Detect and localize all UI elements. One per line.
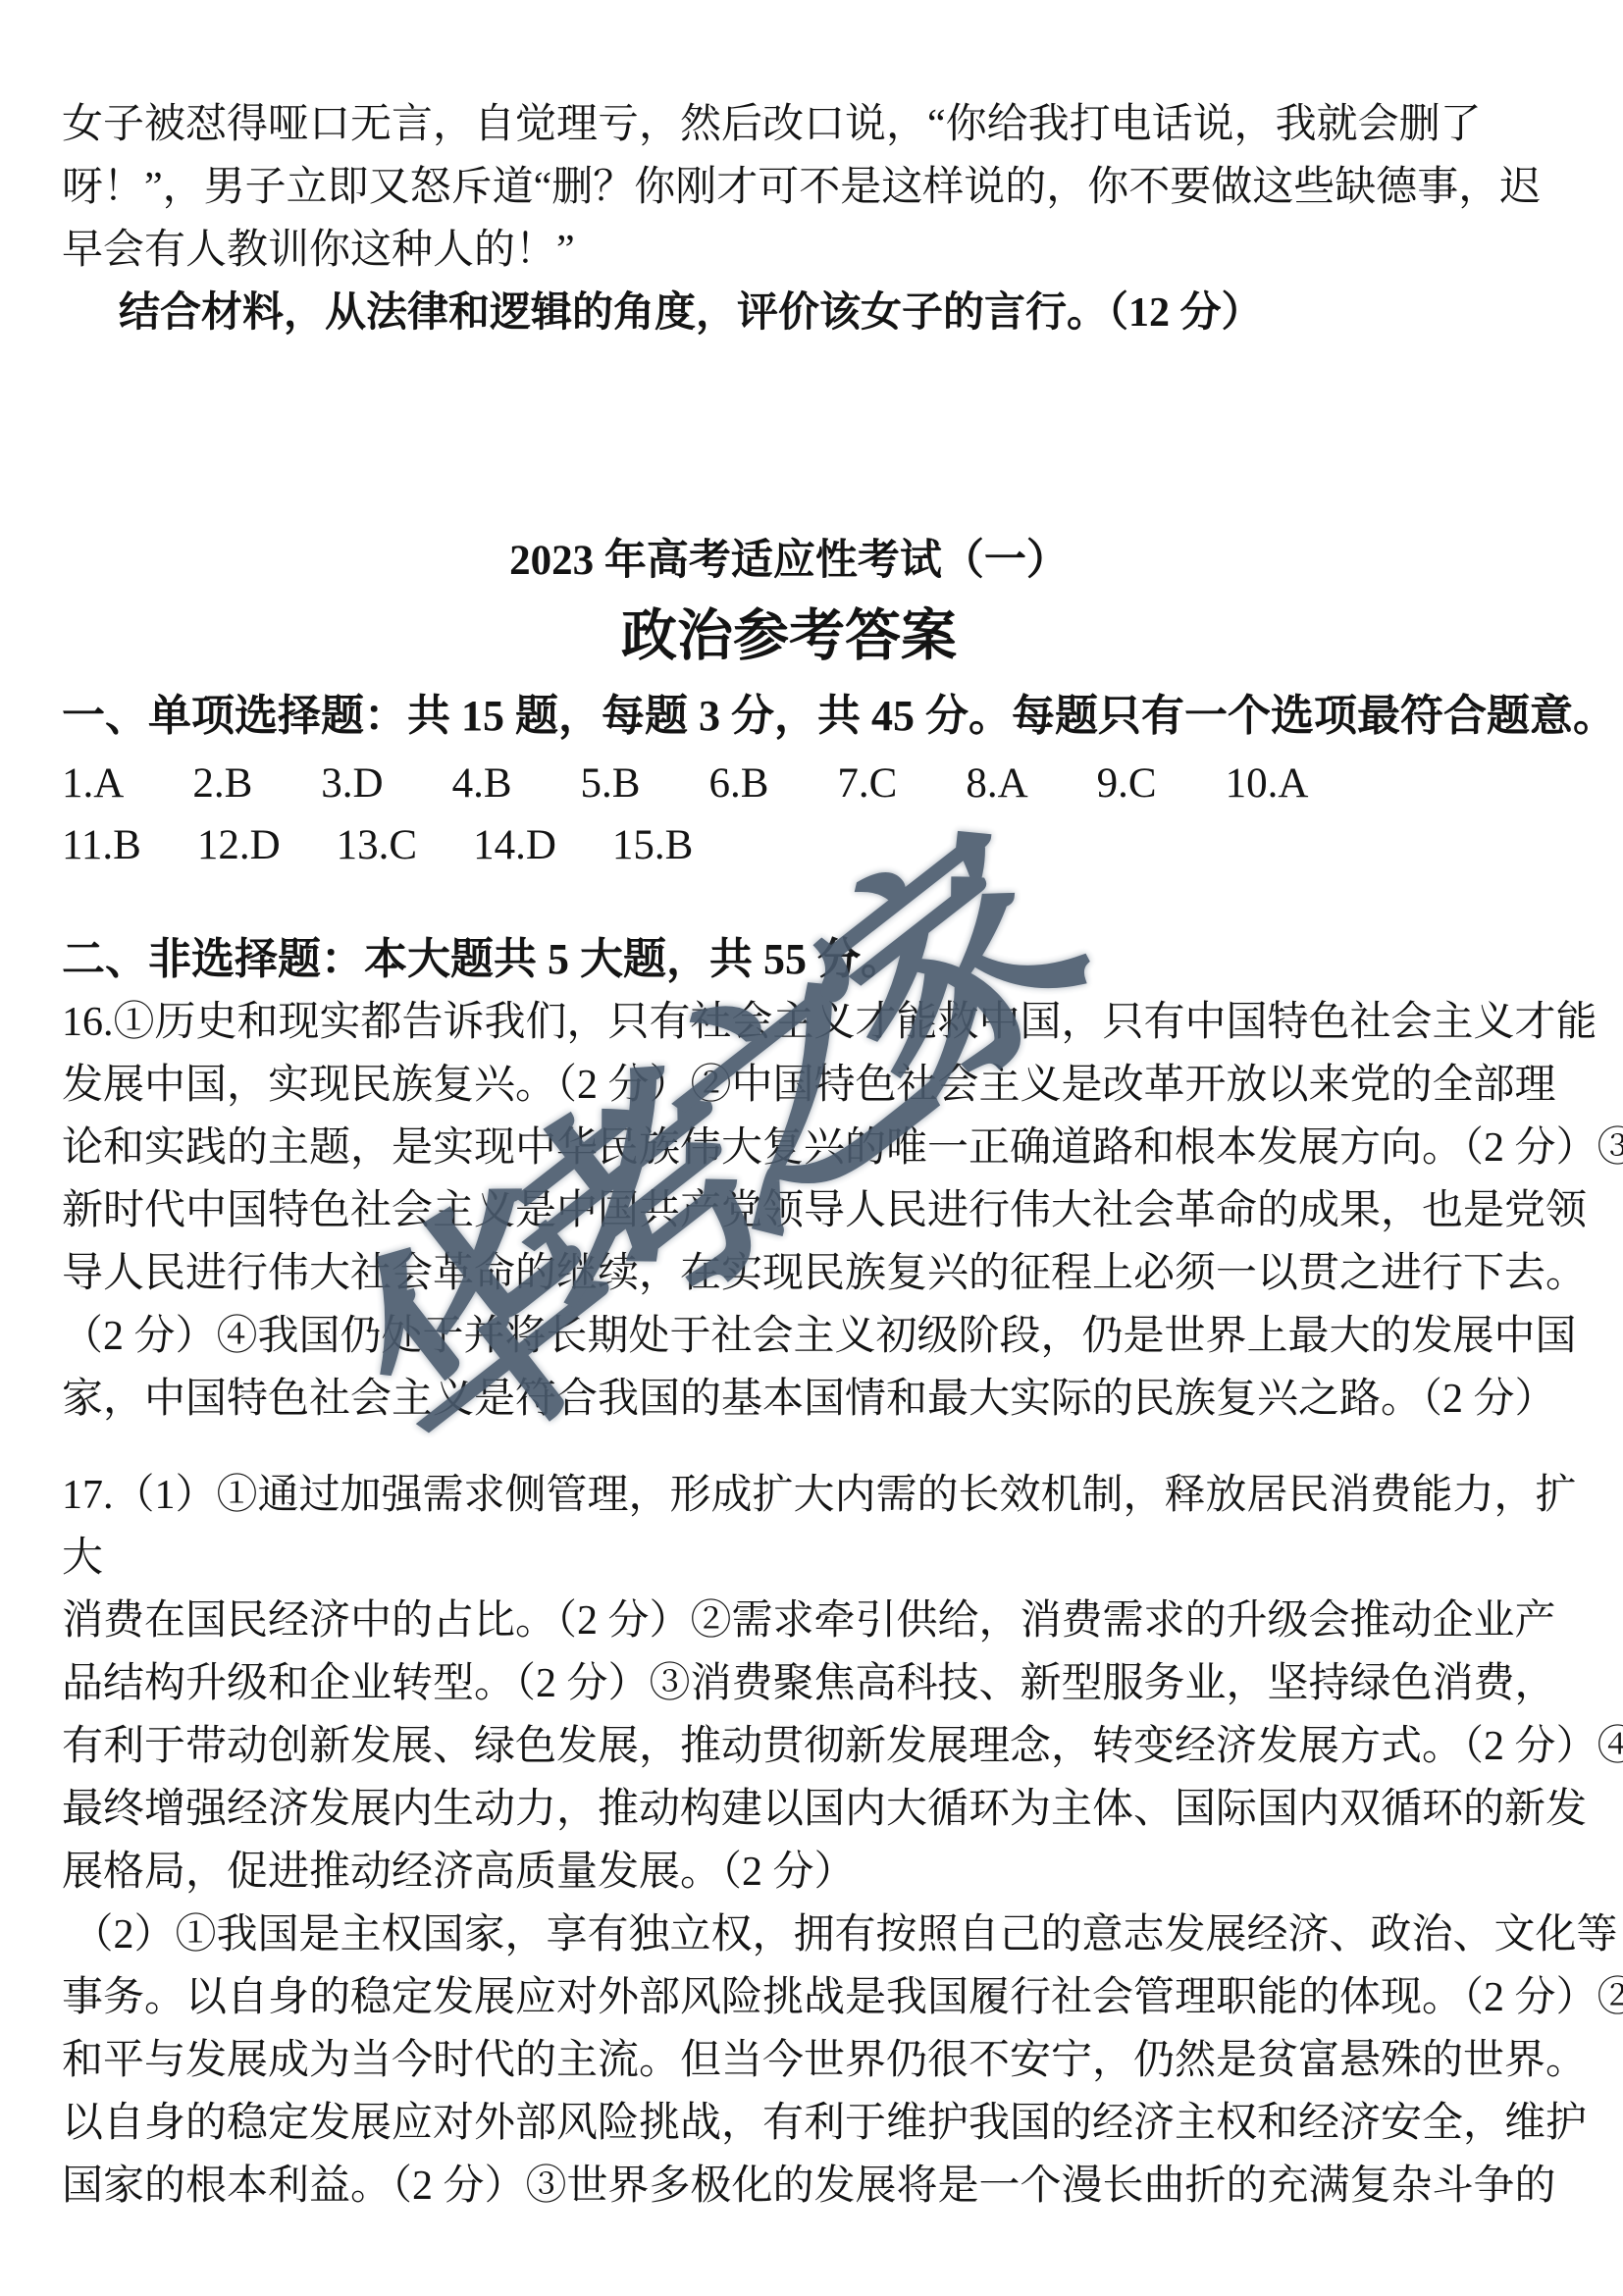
answer-item: 14.D bbox=[473, 822, 556, 869]
title-block: 2023 年高考适应性考试（一） 政治参考答案 bbox=[62, 530, 1516, 677]
answer-line: 国家的根本利益。（2 分）③世界多极化的发展将是一个漫长曲折的充满复杂斗争的 bbox=[62, 2155, 1563, 2218]
answer-line: 有利于带动创新发展、绿色发展，推动贯彻新发展理念，转变经济发展方式。（2 分）④ bbox=[62, 1715, 1563, 1778]
q17-answer-paragraph: 17.（1）①通过加强需求侧管理，形成扩大内需的长效机制，释放居民消费能力，扩大… bbox=[62, 1464, 1563, 2218]
answer-item: 3.D bbox=[321, 760, 383, 808]
answer-line: 以自身的稳定发展应对外部风险挑战，有利于维护我国的经济主权和经济安全，维护 bbox=[62, 2092, 1563, 2155]
answer-item: 4.B bbox=[452, 760, 512, 808]
question-line: 结合材料，从法律和逻辑的角度，评价该女子的言行。（12 分） bbox=[62, 282, 1563, 344]
answer-item: 9.C bbox=[1097, 760, 1157, 808]
intro-line: 女子被怼得哑口无言，自觉理亏，然后改口说，“你给我打电话说，我就会删了 bbox=[62, 93, 1563, 156]
answer-row-1: 1.A2.B3.D4.B5.B6.B7.C8.A9.C10.A bbox=[62, 760, 1563, 808]
answer-line: 16.①历史和现实都告诉我们，只有社会主义才能救中国，只有中国特色社会主义才能 bbox=[62, 991, 1563, 1054]
exam-title: 2023 年高考适应性考试（一） bbox=[62, 530, 1516, 593]
answer-item: 8.A bbox=[966, 760, 1027, 808]
answer-line: 17.（1）①通过加强需求侧管理，形成扩大内需的长效机制，释放居民消费能力，扩 bbox=[62, 1464, 1563, 1527]
answer-line: （2）①我国是主权国家，享有独立权，拥有按照自己的意志发展经济、政治、文化等 bbox=[62, 1904, 1563, 1966]
answer-line: 新时代中国特色社会主义是中国共产党领导人民进行伟大社会革命的成果，也是党领 bbox=[62, 1179, 1563, 1242]
intro-line: 呀！”，男子立即又怒斥道“删？你刚才可不是这样说的，你不要做这些缺德事，迟 bbox=[62, 156, 1563, 219]
answer-item: 1.A bbox=[62, 760, 124, 808]
intro-paragraph: 女子被怼得哑口无言，自觉理亏，然后改口说，“你给我打电话说，我就会删了呀！”，男… bbox=[62, 93, 1563, 344]
answer-item: 11.B bbox=[62, 822, 141, 869]
answer-line: 事务。以自身的稳定发展应对外部风险挑战是我国履行社会管理职能的体现。（2 分）② bbox=[62, 1966, 1563, 2029]
q16-answer-paragraph: 16.①历史和现实都告诉我们，只有社会主义才能救中国，只有中国特色社会主义才能发… bbox=[62, 991, 1563, 1431]
answer-line: 最终增强经济发展内生动力，推动构建以国内大循环为主体、国际国内双循环的新发 bbox=[62, 1778, 1563, 1841]
answer-item: 15.B bbox=[612, 822, 693, 869]
answer-line: 导人民进行伟大社会革命的继续，在实现民族复兴的征程上必须一以贯之进行下去。 bbox=[62, 1242, 1563, 1305]
exam-answer-page: 女子被怼得哑口无言，自觉理亏，然后改口说，“你给我打电话说，我就会删了呀！”，男… bbox=[0, 0, 1623, 2296]
answer-row-2: 11.B12.D13.C14.D15.B bbox=[62, 822, 1563, 869]
answer-line: 展格局，促进推动经济高质量发展。（2 分） bbox=[62, 1841, 1563, 1904]
answer-item: 7.C bbox=[837, 760, 897, 808]
answer-item: 2.B bbox=[192, 760, 252, 808]
answer-line: 家，中国特色社会主义是符合我国的基本国情和最大实际的民族复兴之路。（2 分） bbox=[62, 1368, 1563, 1431]
section-2-heading: 二、非选择题：本大题共 5 大题，共 55 分。 bbox=[62, 932, 1563, 987]
answer-line: 消费在国民经济中的占比。（2 分）②需求牵引供给，消费需求的升级会推动企业产 bbox=[62, 1590, 1563, 1652]
answer-line: 论和实践的主题，是实现中华民族伟大复兴的唯一正确道路和根本发展方向。（2 分）③ bbox=[62, 1117, 1563, 1179]
answer-item: 10.A bbox=[1226, 760, 1309, 808]
answer-line: 发展中国，实现民族复兴。（2 分）②中国特色社会主义是改革开放以来党的全部理 bbox=[62, 1054, 1563, 1117]
answer-line: 和平与发展成为当今时代的主流。但当今世界仍很不安宁，仍然是贫富悬殊的世界。 bbox=[62, 2029, 1563, 2092]
answer-item: 12.D bbox=[197, 822, 281, 869]
subject-title: 政治参考答案 bbox=[62, 597, 1516, 677]
answer-item: 13.C bbox=[337, 822, 417, 869]
answer-line: （2 分）④我国仍处于并将长期处于社会主义初级阶段，仍是世界上最大的发展中国 bbox=[62, 1305, 1563, 1368]
answer-item: 5.B bbox=[581, 760, 641, 808]
section-1-heading: 一、单项选择题：共 15 题，每题 3 分，共 45 分。每题只有一个选项最符合… bbox=[62, 689, 1563, 744]
intro-line: 早会有人教训你这种人的！” bbox=[62, 219, 1563, 282]
answer-line: 大 bbox=[62, 1527, 1563, 1590]
answer-item: 6.B bbox=[708, 760, 768, 808]
answer-line: 品结构升级和企业转型。（2 分）③消费聚焦高科技、新型服务业，坚持绿色消费， bbox=[62, 1652, 1563, 1715]
